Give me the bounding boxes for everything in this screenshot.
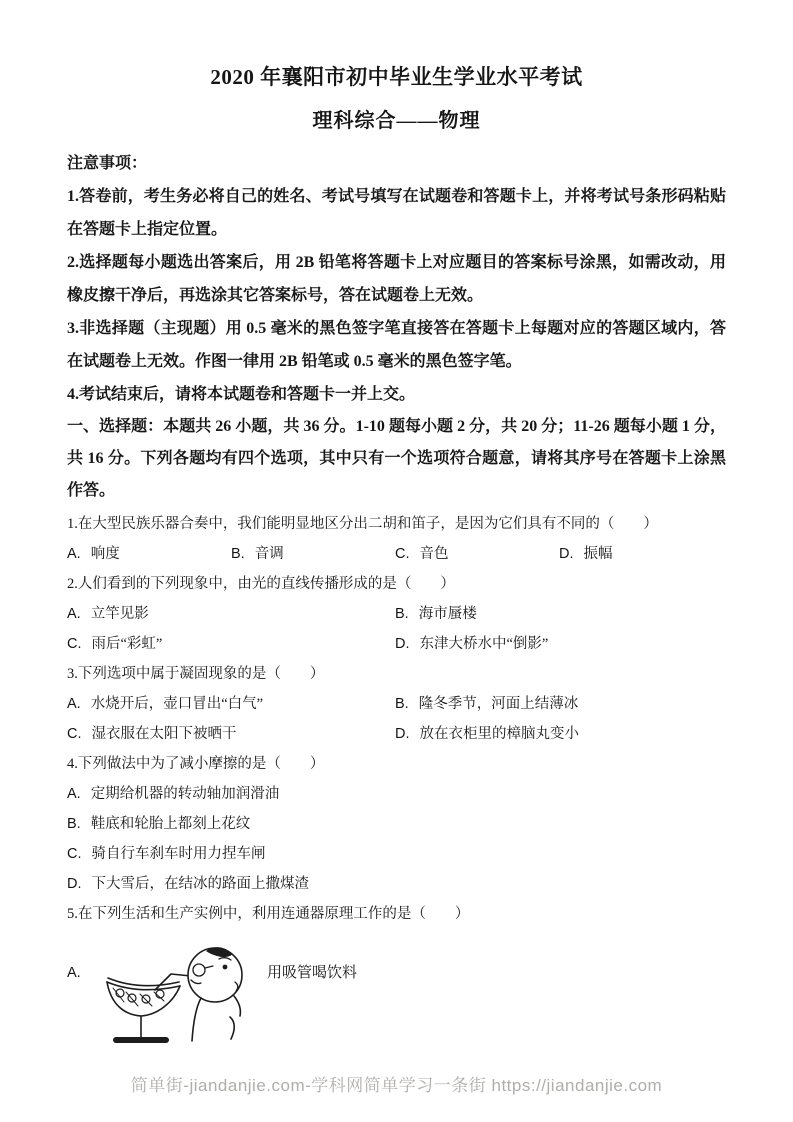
notice-section: 注意事项： 1.答卷前，考生务必将自己的姓名、考试号填写在试题卷和答题卡上，并将… [67,148,726,411]
option-text: 海市蜃楼 [419,606,477,622]
option-label: B. [67,816,81,832]
notice-item-1: 1.答卷前，考生务必将自己的姓名、考试号填写在试题卷和答题卡上，并将考试号条形码… [67,180,726,246]
option-label: B. [395,696,409,712]
option-label: A. [67,546,81,562]
option-label: D. [395,636,410,652]
question-4-option-d: D.下大雪后，在结冰的路面上撒煤渣 [67,869,726,899]
option-label: C. [67,636,82,652]
question-2-option-c: C.雨后“彩虹” [67,629,395,659]
question-5-stem: 5.在下列生活和生产实例中，利用连通器原理工作的是（ ） [67,899,726,929]
option-label: D. [67,876,82,892]
option-text: 立竿见影 [91,606,149,622]
question-3-option-a: A.水烧开后，壶口冒出“白气” [67,689,395,719]
question-1: 1.在大型民族乐器合奏中，我们能明显地区分出二胡和笛子，是因为它们具有不同的（ … [67,509,726,569]
question-3-stem: 3.下列选项中属于凝固现象的是（ ） [67,659,726,689]
option-label: A. [67,696,81,712]
option-label: B. [395,606,409,622]
section-heading: 一、选择题：本题共 26 小题，共 36 分。1-10 题每小题 2 分，共 2… [67,411,726,507]
option-text: 水烧开后，壶口冒出“白气” [91,696,263,712]
question-2-stem: 2.人们看到的下列现象中，由光的直线传播形成的是（ ） [67,569,726,599]
notice-item-2: 2.选择题每小题选出答案后，用 2B 铅笔将答题卡上对应题目的答案标号涂黑，如需… [67,246,726,312]
option-label: A. [67,935,93,981]
question-list: 1.在大型民族乐器合奏中，我们能明显地区分出二胡和笛子，是因为它们具有不同的（ … [67,509,726,1047]
question-2-option-a: A.立竿见影 [67,599,395,629]
option-text: 隆冬季节，河面上结薄冰 [419,696,579,712]
question-5-option-a: A. [67,935,726,1047]
exam-paper-page: 2020 年襄阳市初中毕业生学业水平考试 理科综合——物理 注意事项： 1.答卷… [0,0,793,1122]
question-3: 3.下列选项中属于凝固现象的是（ ） A.水烧开后，壶口冒出“白气” B.隆冬季… [67,659,726,749]
question-4-option-a: A.定期给机器的转动轴加润滑油 [67,779,726,809]
question-4: 4.下列做法中为了减小摩擦的是（ ） A.定期给机器的转动轴加润滑油 B.鞋底和… [67,749,726,899]
footer-watermark: 简单街-jiandanjie.com-学科网简单学习一条街 https://ji… [0,1071,793,1096]
question-3-option-d: D.放在衣柜里的樟脑丸变小 [395,719,726,749]
option-text: 放在衣柜里的樟脑丸变小 [420,726,580,742]
option-label: A. [67,786,81,802]
notice-heading: 注意事项： [67,148,726,180]
option-label: A. [67,606,81,622]
option-text: 湿衣服在太阳下被晒干 [92,726,237,742]
option-label: B. [231,546,245,562]
question-1-option-c: C.音色 [395,539,559,569]
question-3-options: A.水烧开后，壶口冒出“白气” B.隆冬季节，河面上结薄冰 C.湿衣服在太阳下被… [67,689,726,749]
option-text: 鞋底和轮胎上都刻上花纹 [91,816,251,832]
question-3-option-b: B.隆冬季节，河面上结薄冰 [395,689,726,719]
doc-title: 2020 年襄阳市初中毕业生学业水平考试 [67,64,726,90]
option-text: 音调 [255,546,284,562]
option-label: C. [395,546,410,562]
question-1-option-a: A.响度 [67,539,231,569]
figure-caption: 用吸管喝饮料 [267,935,357,982]
question-2-options: A.立竿见影 B.海市蜃楼 C.雨后“彩虹” D.东津大桥水中“倒影” [67,599,726,659]
notice-item-3: 3.非选择题（主现题）用 0.5 毫米的黑色签字笔直接答在答题卡上每题对应的答题… [67,312,726,378]
question-4-options: A.定期给机器的转动轴加润滑油 B.鞋底和轮胎上都刻上花纹 C.骑自行车刹车时用… [67,779,726,899]
option-label: C. [67,726,82,742]
straw-drinking-illustration [103,935,253,1047]
option-text: 下大雪后，在结冰的路面上撒煤渣 [92,876,310,892]
option-text: 雨后“彩虹” [92,636,163,652]
question-4-option-b: B.鞋底和轮胎上都刻上花纹 [67,809,726,839]
question-3-option-c: C.湿衣服在太阳下被晒干 [67,719,395,749]
option-label: D. [559,546,574,562]
question-5: 5.在下列生活和生产实例中，利用连通器原理工作的是（ ） A. [67,899,726,1047]
option-text: 响度 [91,546,120,562]
question-4-option-c: C.骑自行车刹车时用力捏车闸 [67,839,726,869]
question-1-option-b: B.音调 [231,539,395,569]
option-text: 定期给机器的转动轴加润滑油 [91,786,280,802]
option-label: D. [395,726,410,742]
question-2-option-d: D.东津大桥水中“倒影” [395,629,726,659]
question-1-option-d: D.振幅 [559,539,723,569]
option-label: C. [67,846,82,862]
straw-drinking-cartoon-svg [103,935,253,1047]
doc-subtitle: 理科综合——物理 [67,108,726,134]
option-text: 振幅 [584,546,613,562]
question-1-options: A.响度 B.音调 C.音色 D.振幅 [67,539,726,569]
question-4-stem: 4.下列做法中为了减小摩擦的是（ ） [67,749,726,779]
option-text: 音色 [420,546,449,562]
option-text: 东津大桥水中“倒影” [420,636,549,652]
notice-item-4: 4.考试结束后，请将本试题卷和答题卡一并上交。 [67,378,726,411]
question-2-option-b: B.海市蜃楼 [395,599,726,629]
option-text: 骑自行车刹车时用力捏车闸 [92,846,266,862]
question-1-stem: 1.在大型民族乐器合奏中，我们能明显地区分出二胡和笛子，是因为它们具有不同的（ … [67,509,726,539]
question-2: 2.人们看到的下列现象中，由光的直线传播形成的是（ ） A.立竿见影 B.海市蜃… [67,569,726,659]
